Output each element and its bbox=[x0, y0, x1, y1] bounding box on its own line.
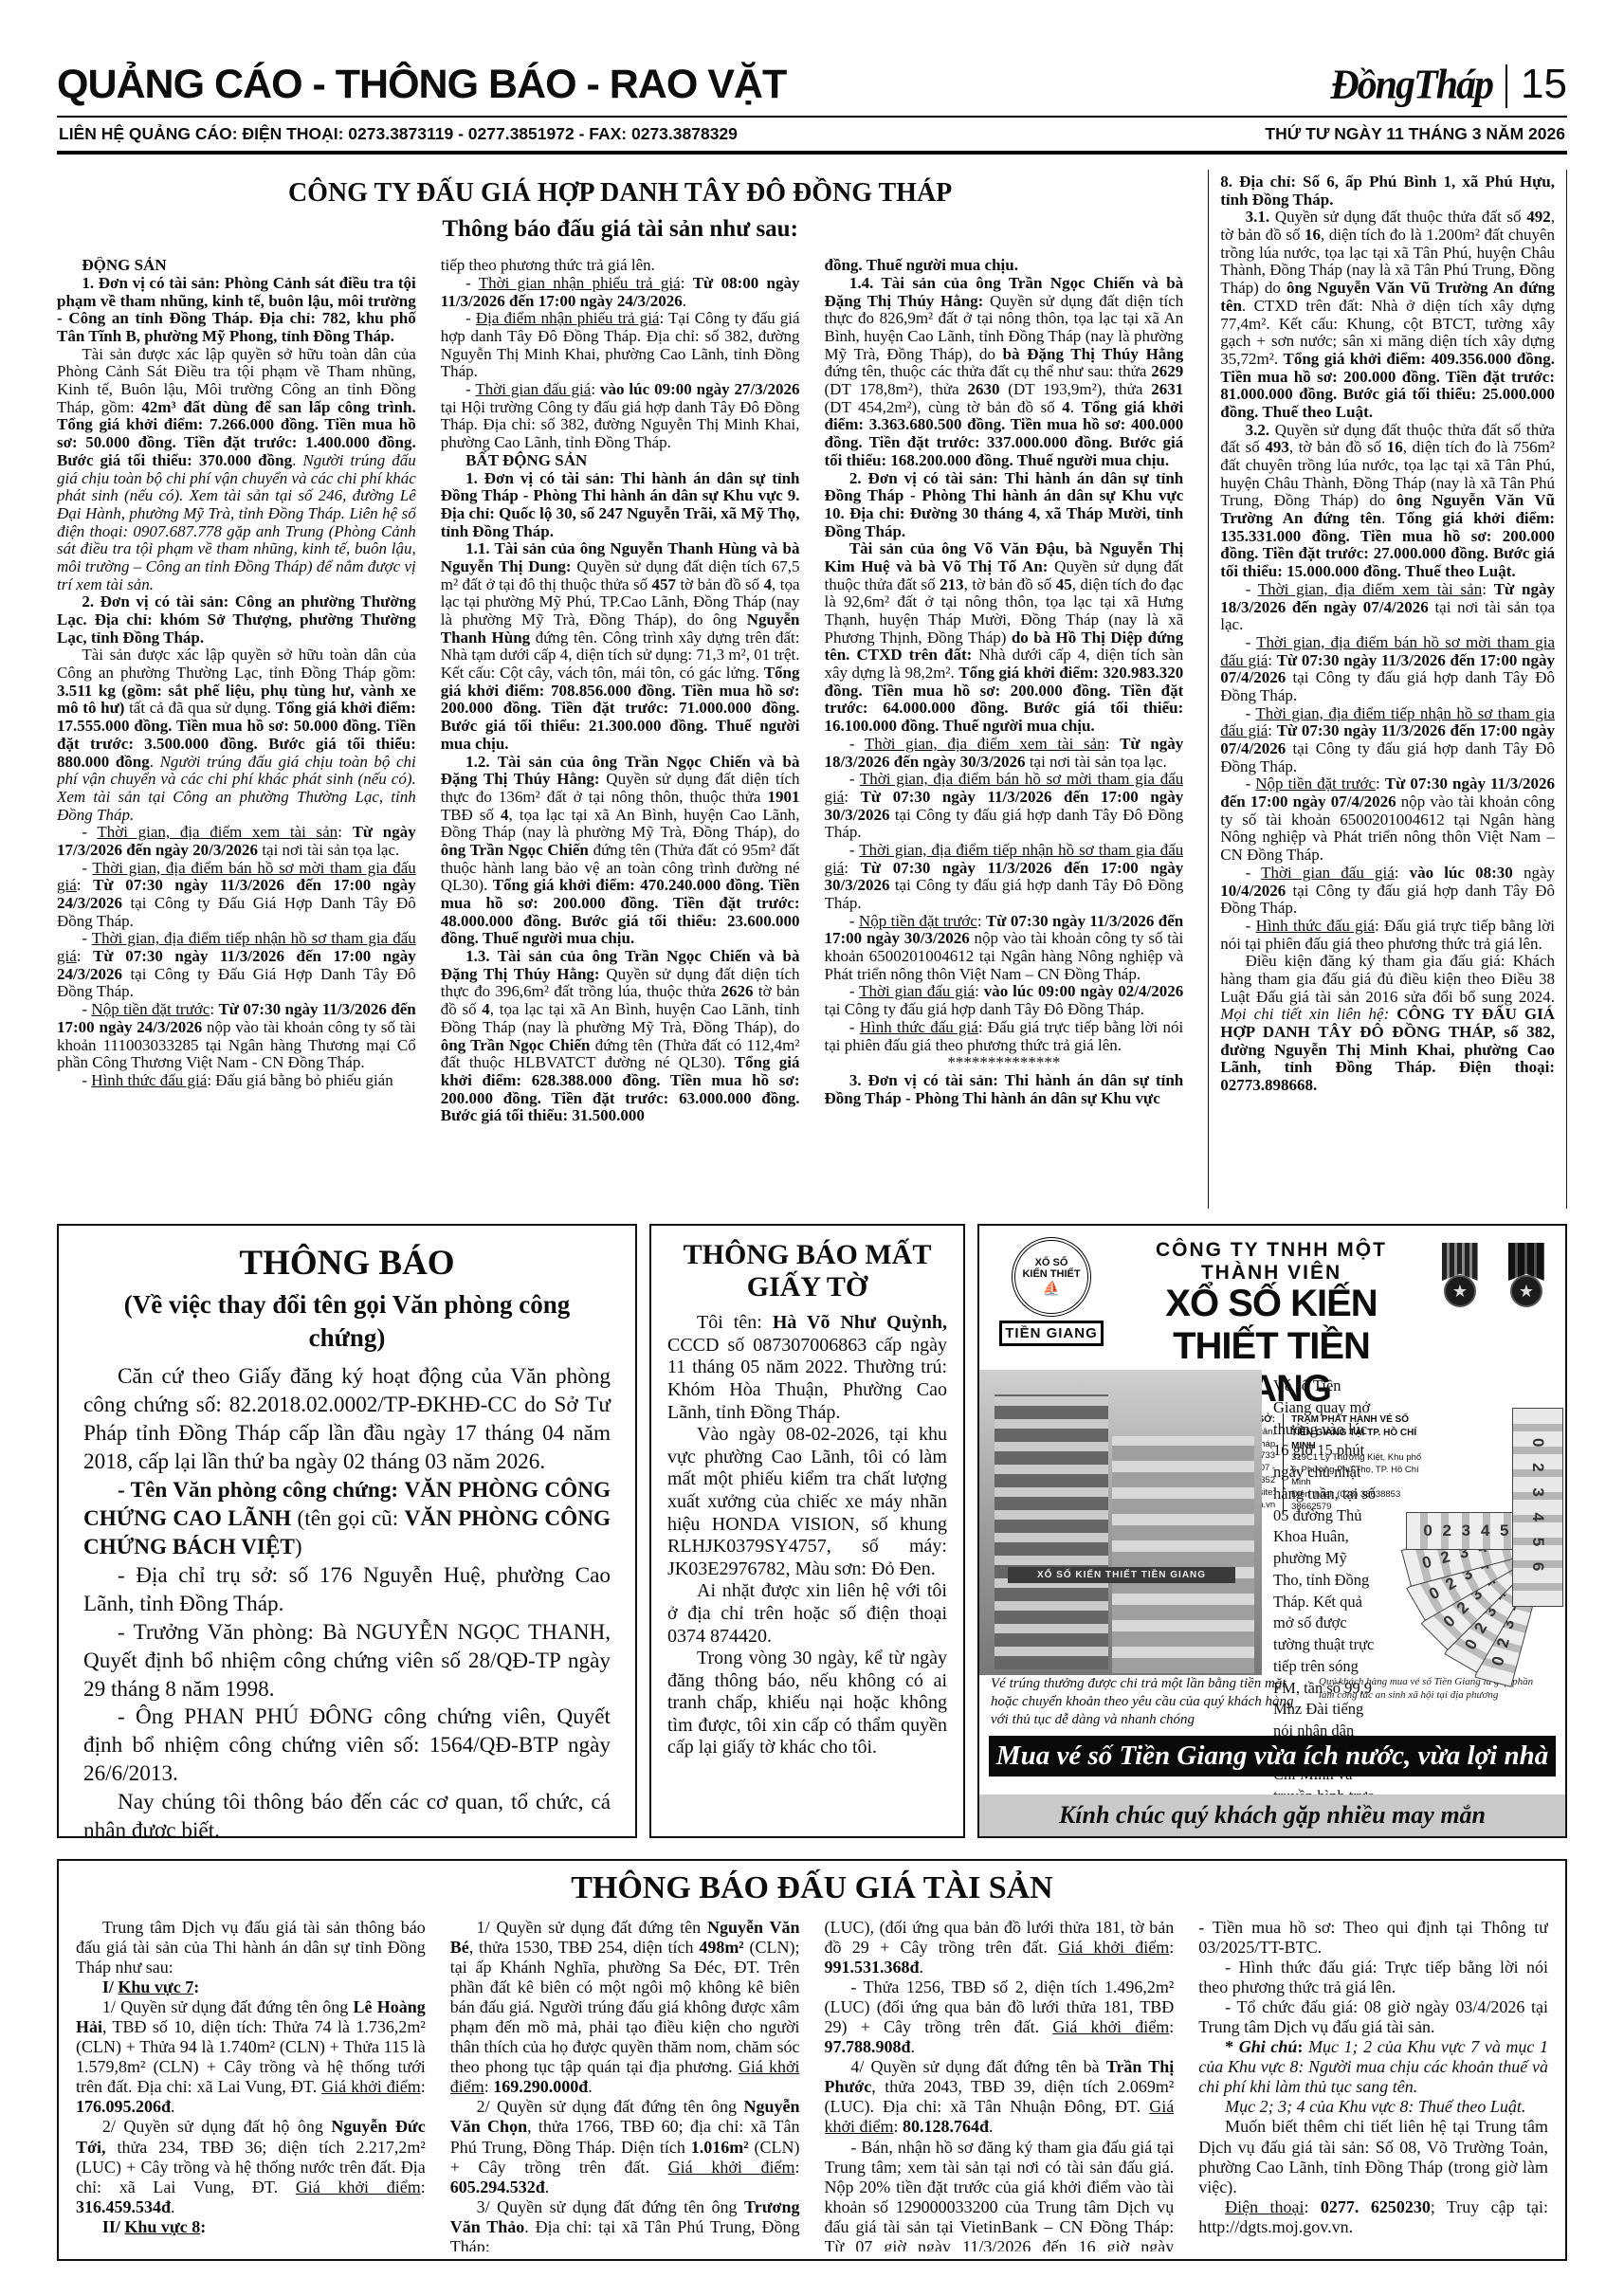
lottery-slogan-banner: Mua vé số Tiền Giang vừa ích nước, vừa l… bbox=[989, 1736, 1556, 1777]
auction-main-subtitle: Thông báo đấu giá tài sản như sau: bbox=[57, 216, 1183, 243]
paragraph: Trung tâm Dịch vụ đấu giá tài sản thông … bbox=[76, 1918, 426, 1977]
paragraph: - Hình thức đấu giá: Trực tiếp bằng lời … bbox=[1198, 1958, 1548, 1997]
paragraph: - Nộp tiền đặt trước: Từ 07:30 ngày 11/3… bbox=[57, 1001, 416, 1072]
building-sign: XỔ SỐ KIẾN THIẾT TIỀN GIANG bbox=[1008, 1567, 1235, 1583]
page-sheet: QUẢNG CÁO - THÔNG BÁO - RAO VẶT ĐồngTháp… bbox=[0, 0, 1624, 2296]
paragraph: - Nộp tiền đặt trước: Từ 07:30 ngày 11/3… bbox=[825, 913, 1184, 984]
notice-rename-box: THÔNG BÁO (Về việc thay đổi tên gọi Văn … bbox=[57, 1224, 637, 1838]
notice-rename-body: Căn cứ theo Giấy đăng ký hoạt động của V… bbox=[83, 1363, 611, 1838]
paragraph: - Tên Văn phòng công chứng: VĂN PHÒNG CÔ… bbox=[83, 1477, 611, 1562]
lottery-logo-name: TIỀN GIANG bbox=[999, 1321, 1104, 1346]
auction-main-column-3: đồng. Thuế người mua chịu.1.4. Tài sản c… bbox=[825, 257, 1184, 1209]
paragraph: 1/ Quyền sử dụng đất đứng tên ông Lê Hoà… bbox=[76, 1997, 426, 2117]
auction-main-column-1: ĐỘNG SẢN1. Đơn vị có tài sản: Phòng Cảnh… bbox=[57, 257, 416, 1209]
paragraph: 3.2. Quyền sử dụng đất thuộc thửa đất số… bbox=[1220, 422, 1555, 581]
auction-bottom-title: THÔNG BÁO ĐẤU GIÁ TÀI SẢN bbox=[76, 1870, 1548, 1906]
paragraph: Vào ngày 08-02-2026, tại khu vực phường … bbox=[667, 1424, 947, 1580]
auction-bottom-column-2: 1/ Quyền sử dụng đất đứng tên Nguyễn Văn… bbox=[450, 1918, 800, 2251]
paragraph: - Thửa 1256, TBĐ số 2, diện tích 1.496,2… bbox=[825, 1977, 1175, 2057]
ship-icon: ⛵ bbox=[1043, 1281, 1061, 1297]
paragraph: 1.3. Tài sản của ông Trần Ngọc Chiến và … bbox=[441, 948, 800, 1125]
paragraph: Nay chúng tôi thông báo đến các cơ quan,… bbox=[83, 1789, 611, 1838]
notice-rename-title: THÔNG BÁO bbox=[83, 1241, 611, 1286]
auction-bottom-box: THÔNG BÁO ĐẤU GIÁ TÀI SẢN Trung tâm Dịch… bbox=[57, 1859, 1567, 2261]
auction-bottom-columns: Trung tâm Dịch vụ đấu giá tài sản thông … bbox=[76, 1918, 1548, 2251]
paragraph: - Hình thức đấu giá: Đấu giá bằng bỏ phi… bbox=[57, 1072, 416, 1090]
lottery-ad-box: XỔ SỐ KIẾN THIẾT ⛵ TIỀN GIANG CÔNG TY TN… bbox=[977, 1224, 1567, 1838]
paragraph: Căn cứ theo Giấy đăng ký hoạt động của V… bbox=[83, 1363, 611, 1477]
paragraph: - Ông PHAN PHÚ ĐÔNG công chứng viên, Quy… bbox=[83, 1704, 611, 1789]
medal-disc-icon: ★ bbox=[1444, 1275, 1476, 1307]
paragraph: - Thời gian nhận phiếu trả giá: Từ 08:00… bbox=[441, 275, 800, 310]
auction-bottom-column-3: (LUC), (đối ứng qua bản đồ lưới thửa 181… bbox=[825, 1918, 1175, 2251]
contact-line: LIÊN HỆ QUẢNG CÁO: ĐIỆN THOẠI: 0273.3873… bbox=[59, 124, 738, 144]
auction-main-column-2: tiếp theo phương thức trả giá lên.- Thời… bbox=[441, 257, 800, 1209]
paragraph: 1. Đơn vị có tài sản: Phòng Cảnh sát điề… bbox=[57, 275, 416, 346]
paragraph: - Hình thức đấu giá: Đấu giá trực tiếp b… bbox=[825, 1019, 1184, 1054]
paragraph: Trong vòng 30 ngày, kể từ ngày đăng thôn… bbox=[667, 1648, 947, 1759]
lottery-side-text: Quý khách hàng mua vé số Tiền Giang là g… bbox=[1304, 1675, 1554, 1703]
newspaper-page: { "header": { "section_title": "QUẢNG CÁ… bbox=[0, 0, 1624, 2296]
paragraph: - Thời gian đấu giá: vào lúc 09:00 ngày … bbox=[441, 381, 800, 452]
lottery-ticket-large: 0 2 3 4 5 6 bbox=[1512, 1408, 1563, 1607]
paragraph: 1. Đơn vị có tài sản: Thi hành án dân sự… bbox=[441, 470, 800, 541]
lottery-logo: XỔ SỐ KIẾN THIẾT ⛵ TIỀN GIANG bbox=[989, 1237, 1114, 1346]
paragraph: - Thời gian, địa điểm bán hồ sơ mời tham… bbox=[825, 771, 1184, 842]
lottery-logo-line1: XỔ SỐ bbox=[1035, 1257, 1068, 1269]
paragraph: 3. Đơn vị có tài sản: Thi hành án dân sự… bbox=[825, 1072, 1184, 1107]
paragraph: - Thời gian, địa điểm bán hồ sơ mời tham… bbox=[1220, 634, 1555, 705]
paragraph: 2/ Quyền sử dụng đất hộ ông Nguyễn Đức T… bbox=[76, 2117, 426, 2216]
paragraph: 2/ Quyền sử dụng đất đứng tên ông Nguyễn… bbox=[450, 2097, 800, 2196]
paragraph: Tôi tên: Hà Võ Như Quỳnh, CCCD số 087307… bbox=[667, 1312, 947, 1424]
paragraph: 8. Địa chỉ: Số 6, ấp Phú Bình 1, xã Phú … bbox=[1220, 173, 1555, 209]
paragraph: (LUC), (đối ứng qua bản đồ lưới thửa 181… bbox=[825, 1918, 1175, 1977]
header-contact-row: LIÊN HỆ QUẢNG CÁO: ĐIỆN THOẠI: 0273.3873… bbox=[57, 118, 1567, 151]
masthead-cluster: ĐồngTháp 15 bbox=[1330, 61, 1567, 108]
paragraph: ĐỘNG SẢN bbox=[57, 257, 416, 275]
notice-lost-body: Tôi tên: Hà Võ Như Quỳnh, CCCD số 087307… bbox=[667, 1312, 947, 1759]
paragraph: Ai nhặt được xin liên hệ với tôi ở địa c… bbox=[667, 1580, 947, 1648]
paragraph: 1.2. Tài sản của ông Trần Ngọc Chiến và … bbox=[441, 754, 800, 949]
paragraph: Điện thoại: 0277. 6250230; Truy cập tại:… bbox=[1198, 2197, 1548, 2237]
date-line: THỨ TƯ NGÀY 11 THÁNG 3 NĂM 2026 bbox=[1265, 124, 1565, 144]
paragraph: tiếp theo phương thức trả giá lên. bbox=[441, 257, 800, 275]
lottery-company-line1: CÔNG TY TNHH MỘT THÀNH VIÊN bbox=[1122, 1239, 1421, 1285]
lottery-ticket-fan: 0 2 3 4 5 6 0 2 3 4 5 6 0 2 3 4 5 6 0 2 … bbox=[1387, 1370, 1565, 1675]
paragraph: Điều kiện đăng ký tham gia đấu giá: Khác… bbox=[1220, 953, 1555, 1095]
lottery-caption: Vé trúng thưởng được chi trả một lần bằn… bbox=[991, 1675, 1304, 1730]
paragraph: - Bán, nhận hồ sơ đăng ký tham gia đấu g… bbox=[825, 2138, 1175, 2251]
paragraph: đồng. Thuế người mua chịu. bbox=[825, 257, 1184, 275]
paragraph: - Địa chỉ trụ sở: số 176 Nguyễn Huệ, phư… bbox=[83, 1562, 611, 1619]
paragraph: - Tiền mua hồ sơ: Theo qui định tại Thôn… bbox=[1198, 1918, 1548, 1958]
paragraph: * Ghi chú: Mục 1; 2 của Khu vực 7 và mục… bbox=[1198, 2037, 1548, 2097]
auction-main-title: CÔNG TY ĐẤU GIÁ HỢP DANH TÂY ĐÔ ĐỒNG THÁ… bbox=[57, 179, 1183, 209]
auction-main-article: CÔNG TY ĐẤU GIÁ HỢP DANH TÂY ĐÔ ĐỒNG THÁ… bbox=[57, 170, 1567, 1209]
lottery-emblem-icon: XỔ SỐ KIẾN THIẾT ⛵ bbox=[1012, 1237, 1091, 1317]
branch-phone: Điện thoại: (028) 38638853 38662579 bbox=[1291, 1489, 1400, 1512]
page-number: 15 bbox=[1521, 61, 1567, 108]
paragraph: - Trưởng Văn phòng: Bà NGUYỄN NGỌC THANH… bbox=[83, 1619, 611, 1704]
masthead-divider bbox=[1505, 64, 1507, 108]
page-header: QUẢNG CÁO - THÔNG BÁO - RAO VẶT ĐồngTháp… bbox=[57, 61, 1567, 108]
paragraph: II/ Khu vực 8: bbox=[76, 2217, 426, 2237]
lottery-logo-line2: KIẾN THIẾT bbox=[1022, 1268, 1080, 1281]
paragraph: 4/ Quyền sử dụng đất đứng tên bà Trần Th… bbox=[825, 2057, 1175, 2137]
company-building-photo: XỔ SỐ KIẾN THIẾT TIỀN GIANG bbox=[979, 1370, 1262, 1675]
paragraph: 2. Đơn vị có tài sản: Thi hành án dân sự… bbox=[825, 470, 1184, 541]
paragraph: 2. Đơn vị có tài sản: Công an phường Thư… bbox=[57, 593, 416, 647]
paragraph: 1.1. Tài sản của ông Nguyễn Thanh Hùng v… bbox=[441, 540, 800, 753]
building-wing bbox=[1112, 1436, 1254, 1673]
middle-row: THÔNG BÁO (Về việc thay đổi tên gọi Văn … bbox=[57, 1224, 1567, 1838]
notice-rename-subtitle: (Về việc thay đổi tên gọi Văn phòng công… bbox=[83, 1288, 611, 1355]
lottery-caption-row: Vé trúng thưởng được chi trả một lần bằn… bbox=[979, 1675, 1565, 1730]
lottery-wish-bar: Kính chúc quý khách gặp nhiều may mắn bbox=[979, 1795, 1565, 1836]
paragraph: - Thời gian, địa điểm bán hồ sơ mời tham… bbox=[57, 860, 416, 931]
paragraph: 1.4. Tài sản của ông Trần Ngọc Chiến và … bbox=[825, 275, 1184, 470]
paragraph: - Thời gian, địa điểm xem tài sản: Từ ng… bbox=[825, 736, 1184, 771]
paragraph: - Thời gian, địa điểm xem tài sản: Từ ng… bbox=[57, 824, 416, 859]
section-title: QUẢNG CÁO - THÔNG BÁO - RAO VẶT bbox=[57, 62, 786, 108]
paragraph: - Thời gian, địa điểm xem tài sản: Từ ng… bbox=[1220, 581, 1555, 634]
notice-lost-title: THÔNG BÁO MẤT GIẤY TỜ bbox=[667, 1239, 947, 1303]
masthead-logo: ĐồngTháp bbox=[1330, 62, 1492, 109]
auction-main-heading: CÔNG TY ĐẤU GIÁ HỢP DANH TÂY ĐÔ ĐỒNG THÁ… bbox=[57, 170, 1183, 257]
medal-icon: ★ bbox=[1434, 1243, 1486, 1307]
notice-lost-box: THÔNG BÁO MẤT GIẤY TỜ Tôi tên: Hà Võ Như… bbox=[649, 1224, 965, 1838]
paragraph: Tài sản được xác lập quyền sở hữu toàn d… bbox=[57, 647, 416, 824]
paragraph: Mục 2; 3; 4 của Khu vực 8: Thuế theo Luậ… bbox=[1198, 2097, 1548, 2117]
paragraph: BẤT ĐỘNG SẢN bbox=[441, 452, 800, 470]
paragraph: - Thời gian đấu giá: vào lúc 09:00 ngày … bbox=[825, 983, 1184, 1018]
auction-bottom-column-1: Trung tâm Dịch vụ đấu giá tài sản thông … bbox=[76, 1918, 426, 2251]
auction-bottom-column-4: - Tiền mua hồ sơ: Theo qui định tại Thôn… bbox=[1198, 1918, 1548, 2251]
building-tower bbox=[994, 1394, 1108, 1669]
paragraph: - Thời gian đấu giá: vào lúc 08:30 ngày … bbox=[1220, 865, 1555, 918]
paragraph: Tài sản của ông Võ Văn Đậu, bà Nguyễn Th… bbox=[825, 540, 1184, 736]
paragraph: 3.1. Quyền sử dụng đất thuộc thửa đất số… bbox=[1220, 209, 1555, 421]
header-rule-thick bbox=[57, 151, 1567, 155]
paragraph: - Hình thức đấu giá: Đấu giá trực tiếp b… bbox=[1220, 918, 1555, 953]
paragraph: Tài sản được xác lập quyền sở hữu toàn d… bbox=[57, 346, 416, 594]
paragraph: - Thời gian, địa điểm tiếp nhận hồ sơ th… bbox=[825, 842, 1184, 913]
paragraph: 1/ Quyền sử dụng đất đứng tên Nguyễn Văn… bbox=[450, 1918, 800, 2097]
auction-main-column-4: 8. Địa chỉ: Số 6, ấp Phú Bình 1, xã Phú … bbox=[1208, 170, 1567, 1209]
lottery-ad-header: XỔ SỐ KIẾN THIẾT ⛵ TIỀN GIANG CÔNG TY TN… bbox=[979, 1226, 1565, 1366]
medal-disc-icon: ★ bbox=[1510, 1275, 1542, 1307]
paragraph: 3/ Quyền sử dụng đất đứng tên ông Trương… bbox=[450, 2197, 800, 2251]
paragraph: - Địa điểm nhận phiếu trả giá: Tại Công … bbox=[441, 310, 800, 381]
medals-group: ★ ★ bbox=[1434, 1243, 1552, 1307]
paragraph: - Nộp tiền đặt trước: Từ 07:30 ngày 11/3… bbox=[1220, 775, 1555, 864]
paragraph: - Thời gian, địa điểm tiếp nhận hồ sơ th… bbox=[57, 930, 416, 1001]
paragraph: Muốn biết thêm chi tiết liên hệ tại Trun… bbox=[1198, 2117, 1548, 2196]
medal-icon: ★ bbox=[1501, 1243, 1552, 1307]
paragraph: - Tổ chức đấu giá: 08 giờ ngày 03/4/2026… bbox=[1198, 1997, 1548, 2037]
paragraph: I/ Khu vực 7: bbox=[76, 1977, 426, 1997]
paragraph: - Thời gian, địa điểm tiếp nhận hồ sơ th… bbox=[1220, 705, 1555, 776]
paragraph: ************** bbox=[825, 1054, 1184, 1072]
